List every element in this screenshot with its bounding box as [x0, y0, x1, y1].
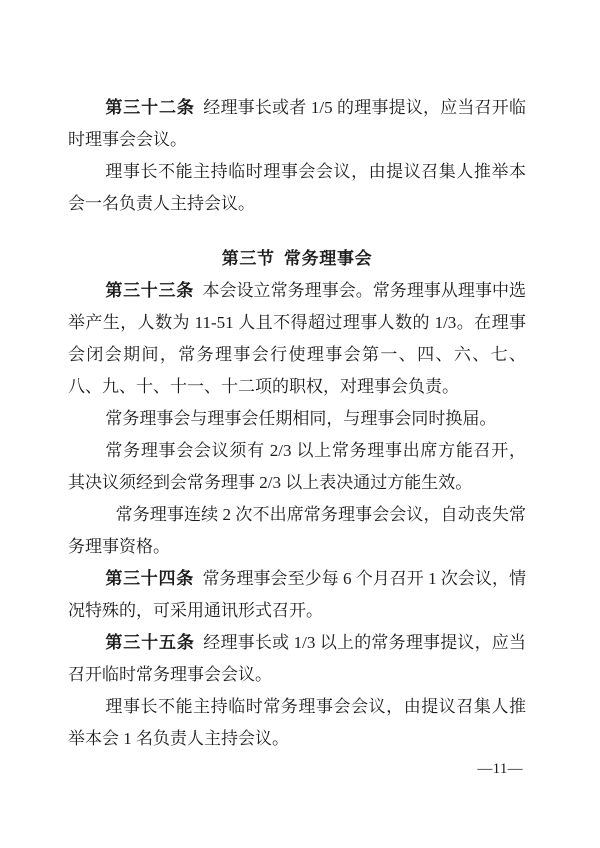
article-33-subparagraph-quorum: 常务理事会会议须有 2/3 以上常务理事出席方能召开，其决议须经到会常务理事 2… [68, 435, 526, 499]
article-32-subparagraph: 理事长不能主持临时理事会会议，由提议召集人推举本会一名负责人主持会议。 [68, 156, 526, 220]
document-body: 第三十二条经理事长或者 1/5 的理事提议，应当召开临时理事会会议。 理事长不能… [68, 92, 526, 755]
article-34-number: 第三十四条 [105, 569, 194, 588]
article-33-number: 第三十三条 [105, 281, 194, 300]
section-3-heading: 第三节 常务理事会 [68, 243, 526, 275]
article-32-paragraph: 第三十二条经理事长或者 1/5 的理事提议，应当召开临时理事会会议。 [68, 92, 526, 156]
page-number: —11— [477, 760, 523, 778]
article-35-number: 第三十五条 [105, 633, 194, 652]
article-32-number: 第三十二条 [105, 98, 194, 117]
article-35-paragraph: 第三十五条经理事长或 1/3 以上的常务理事提议，应当召开临时常务理事会会议。 [68, 627, 526, 691]
document-page: 第三十二条经理事长或者 1/5 的理事提议，应当召开临时理事会会议。 理事长不能… [0, 0, 600, 848]
article-35-subparagraph: 理事长不能主持临时常务理事会会议，由提议召集人推举本会 1 名负责人主持会议。 [68, 691, 526, 755]
article-33-subparagraph-absence: 常务理事连续 2 次不出席常务理事会会议，自动丧失常务理事资格。 [68, 499, 526, 563]
article-33-subparagraph-term: 常务理事会与理事会任期相同，与理事会同时换届。 [68, 403, 526, 435]
article-33-paragraph: 第三十三条本会设立常务理事会。常务理事从理事中选举产生，人数为 11-51 人且… [68, 275, 526, 403]
article-34-paragraph: 第三十四条常务理事会至少每 6 个月召开 1 次会议，情况特殊的，可采用通讯形式… [68, 563, 526, 627]
